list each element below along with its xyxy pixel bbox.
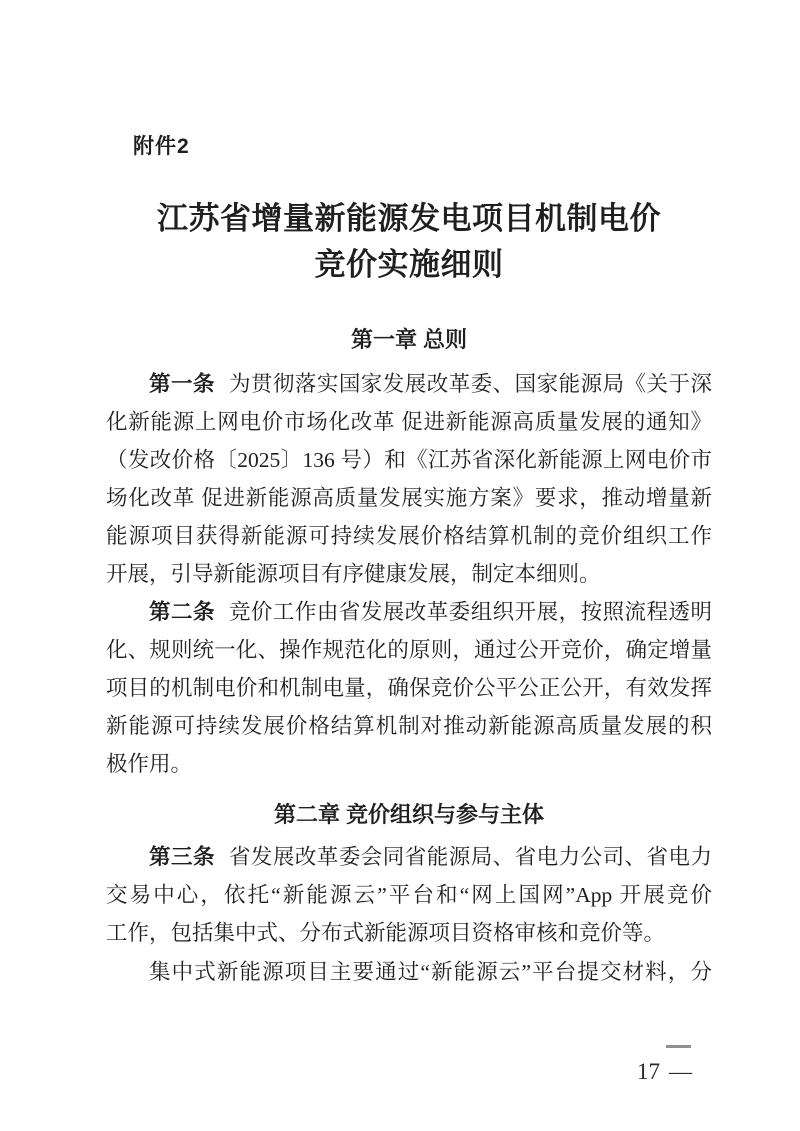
article-2-text: 竞价工作由省发展改革委组织开展，按照流程透明 (229, 600, 712, 624)
article-2-paragraph: 第二条竞价工作由省发展改革委组织开展，按照流程透明 化、规则统一化、操作规范化的… (106, 593, 712, 783)
article-2-line-1: 第二条竞价工作由省发展改革委组织开展，按照流程透明 (106, 593, 712, 631)
document-title-line-1: 江苏省增量新能源发电项目机制电价 (106, 196, 712, 242)
article-1-text: 为贯彻落实国家发展改革委、国家能源局《关于深 (229, 372, 712, 396)
article-3-text: 省发展改革委会同省能源局、省电力公司、省电力 (229, 845, 712, 869)
article-3-line-2: 交易中心，依托“新能源云”平台和“网上国网”App 开展竞价 (106, 876, 712, 914)
article-1-paragraph: 第一条为贯彻落实国家发展改革委、国家能源局《关于深 化新能源上网电价市场化改革 … (106, 365, 712, 593)
article-1-number: 第一条 (149, 372, 215, 396)
chapter-2-heading: 第二章 竞价组织与参与主体 (106, 797, 712, 833)
continuation-paragraph: 集中式新能源项目主要通过“新能源云”平台提交材料，分 (106, 953, 712, 991)
article-3-paragraph: 第三条省发展改革委会同省能源局、省电力公司、省电力 交易中心，依托“新能源云”平… (106, 838, 712, 952)
page-number-top-dash (666, 1045, 691, 1048)
article-1-line-3: （发改价格〔2025〕136 号）和《江苏省深化新能源上网电价市 (106, 441, 712, 479)
article-2-line-5: 极作用。 (106, 745, 712, 783)
continuation-line-1: 集中式新能源项目主要通过“新能源云”平台提交材料，分 (106, 953, 712, 991)
article-1-line-1: 第一条为贯彻落实国家发展改革委、国家能源局《关于深 (106, 365, 712, 403)
page-number-side-dash: — (669, 1059, 692, 1084)
article-3-number: 第三条 (149, 845, 215, 869)
page-number: 17— (637, 1059, 692, 1085)
article-2-line-3: 项目的机制电价和机制电量，确保竞价公平公正公开，有效发挥 (106, 669, 712, 707)
article-2-line-2: 化、规则统一化、操作规范化的原则，通过公开竞价，确定增量 (106, 631, 712, 669)
article-2-line-4: 新能源可持续发展价格结算机制对推动新能源高质量发展的积 (106, 707, 712, 745)
article-1-line-6: 开展，引导新能源项目有序健康发展，制定本细则。 (106, 555, 712, 593)
article-2-number: 第二条 (149, 600, 215, 624)
document-title-line-2: 竞价实施细则 (106, 242, 712, 288)
page-number-value: 17 (637, 1059, 660, 1084)
article-1-line-5: 能源项目获得新能源可持续发展价格结算机制的竞价组织工作 (106, 517, 712, 555)
article-3-line-3: 工作，包括集中式、分布式新能源项目资格审核和竞价等。 (106, 914, 712, 952)
article-1-line-4: 场化改革 促进新能源高质量发展实施方案》要求，推动增量新 (106, 479, 712, 517)
article-3-line-1: 第三条省发展改革委会同省能源局、省电力公司、省电力 (106, 838, 712, 876)
chapter-1-heading: 第一章 总则 (106, 322, 712, 358)
document-page: 附件2 江苏省增量新能源发电项目机制电价 竞价实施细则 第一章 总则 第一条为贯… (0, 0, 800, 1131)
article-1-line-2: 化新能源上网电价市场化改革 促进新能源高质量发展的通知》 (106, 403, 712, 441)
attachment-label: 附件2 (133, 130, 190, 160)
document-title: 江苏省增量新能源发电项目机制电价 竞价实施细则 (106, 196, 712, 288)
